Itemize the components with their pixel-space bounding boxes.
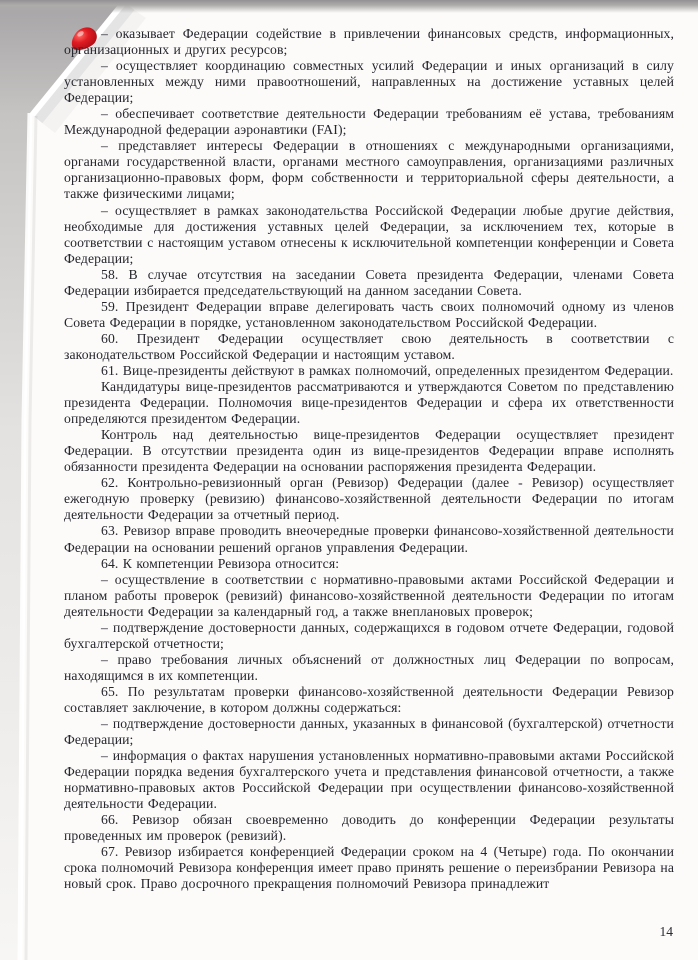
paragraph: 66. Ревизор обязан своевременно доводить… (64, 812, 674, 844)
paragraph: – осуществление в соответствии с нормати… (64, 572, 674, 620)
document-body: – оказывает Федерации содействие в привл… (64, 26, 674, 893)
paragraph: – представляет интересы Федерации в отно… (64, 138, 674, 202)
paragraph: – информация о фактах нарушения установл… (64, 748, 674, 812)
paragraph: Контроль над деятельностью вице-президен… (64, 427, 674, 475)
paragraph: 63. Ревизор вправе проводить внеочередны… (64, 523, 674, 555)
paragraph: – подтверждение достоверности данных, со… (64, 620, 674, 652)
paragraph: 65. По результатам проверки финансово-хо… (64, 684, 674, 716)
scanner-edge-top (0, 0, 698, 13)
paragraph: – осуществляет в рамках законодательства… (64, 203, 674, 267)
page-number: 14 (660, 924, 674, 940)
paragraph: 67. Ревизор избирается конференцией Феде… (64, 844, 674, 892)
paragraph: – оказывает Федерации содействие в привл… (64, 26, 674, 58)
paragraph: – право требования личных объяснений от … (64, 652, 674, 684)
paragraph: 61. Вице-президенты действуют в рамках п… (64, 363, 674, 379)
paragraph: 59. Президент Федерации вправе делегиров… (64, 299, 674, 331)
paragraph: – осуществляет координацию совместных ус… (64, 58, 674, 106)
paragraph: 62. Контрольно-ревизионный орган (Ревизо… (64, 475, 674, 523)
paragraph: 60. Президент Федерации осуществляет сво… (64, 331, 674, 363)
paragraph: 64. К компетенции Ревизора относится: (64, 556, 674, 572)
paragraph: – подтверждение достоверности данных, ук… (64, 716, 674, 748)
paragraph: 58. В случае отсутствия на заседании Сов… (64, 267, 674, 299)
paragraph: – обеспечивает соответствие деятельности… (64, 106, 674, 138)
paragraph: Кандидатуры вице-президентов рассматрива… (64, 379, 674, 427)
